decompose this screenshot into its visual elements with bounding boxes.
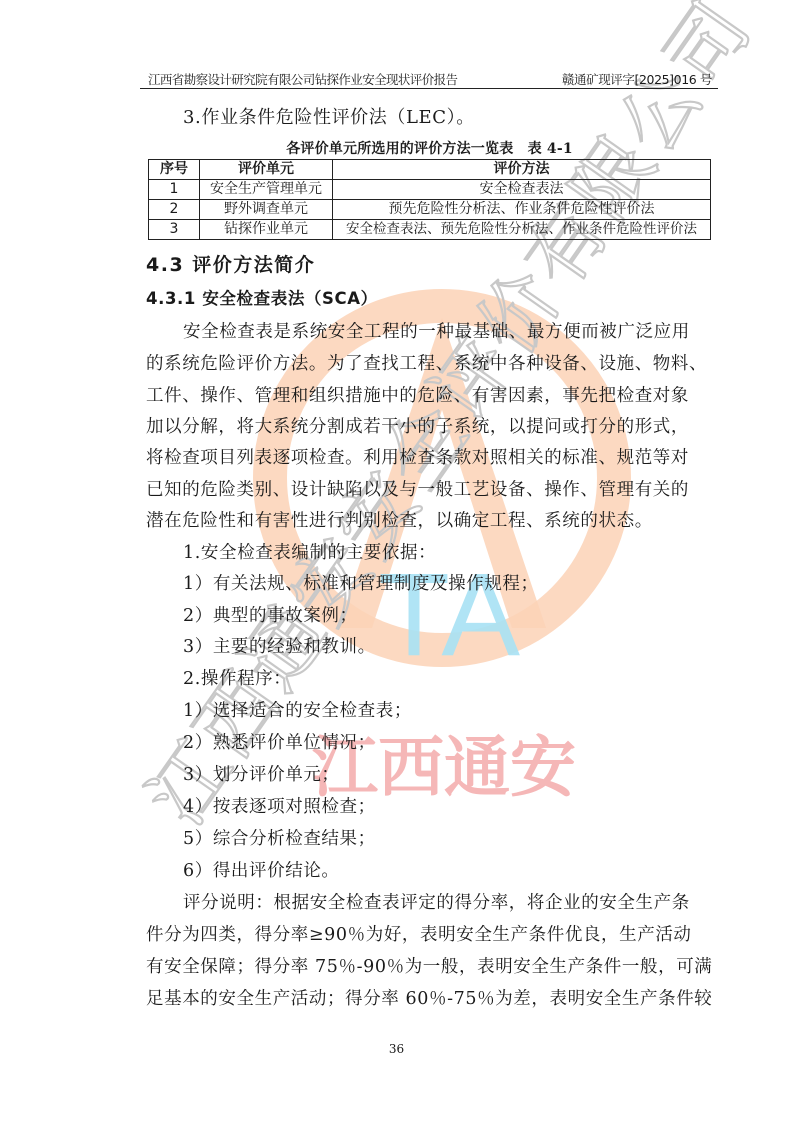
basis-title: 1.安全检查表编制的主要依据：	[183, 539, 436, 564]
column-header-method: 评价方法	[333, 160, 711, 180]
paragraph-line: 的系统危险评价方法。为了查找工程、系统中各种设备、设施、物料、	[146, 350, 707, 375]
table-row: 2 野外调查单元 预先危险性分析法、作业条件危险性评价法	[149, 200, 711, 220]
scoring-line: 评分说明：根据安全检查表评定的得分率，将企业的安全生产条	[183, 889, 690, 914]
procedure-item: 4）按表逐项对照检查；	[183, 793, 376, 818]
report-number: 赣通矿现评字[2025]016 号	[562, 70, 712, 88]
procedure-item: 5）综合分析检查结果；	[183, 825, 376, 850]
page-header: 江西省勘察设计研究院有限公司钻探作业安全现状评价报告 赣通矿现评字[2025]0…	[140, 68, 718, 89]
cell-method: 预先危险性分析法、作业条件危险性评价法	[333, 200, 711, 220]
lec-method-line: 3.作业条件危险性评价法（LEC）。	[183, 103, 475, 129]
procedure-item: 6）得出评价结论。	[183, 857, 340, 882]
section-heading: 4.3 评价方法简介	[146, 250, 315, 277]
cell-unit: 野外调查单元	[200, 200, 333, 220]
cell-unit: 钻探作业单元	[200, 220, 333, 240]
cell-index: 3	[149, 220, 200, 240]
paragraph-line: 已知的危险类别、设计缺陷以及与一般工艺设备、操作、管理有关的	[146, 476, 689, 501]
scoring-line: 有安全保障；得分率 75％-90％为一般，表明安全生产条件一般，可满	[146, 953, 712, 978]
basis-item: 1）有关法规、标准和管理制度及操作规程；	[183, 570, 539, 595]
cell-unit: 安全生产管理单元	[200, 180, 333, 200]
subsection-heading: 4.3.1 安全检查表法（SCA）	[146, 285, 378, 309]
procedure-item: 2）熟悉评价单位情况；	[183, 729, 376, 754]
scoring-line: 件分为四类，得分率≥90％为好，表明安全生产条件优良，生产活动	[146, 921, 692, 946]
table-caption: 各评价单元所选用的评价方法一览表 表 4-1	[148, 138, 711, 158]
procedure-item: 1）选择适合的安全检查表；	[183, 697, 412, 722]
table-header-row: 序号 评价单元 评价方法	[149, 160, 711, 180]
report-title: 江西省勘察设计研究院有限公司钻探作业安全现状评价报告	[148, 70, 457, 88]
procedure-title: 2.操作程序：	[183, 665, 291, 690]
cell-index: 2	[149, 200, 200, 220]
procedure-item: 3）划分评价单元；	[183, 761, 340, 786]
cell-index: 1	[149, 180, 200, 200]
page-number: 36	[0, 1042, 793, 1056]
column-header-index: 序号	[149, 160, 200, 180]
cell-method: 安全检查表法、预先危险性分析法、作业条件危险性评价法	[333, 220, 711, 240]
table-row: 1 安全生产管理单元 安全检查表法	[149, 180, 711, 200]
paragraph-line: 加以分解，将大系统分割成若干小的子系统，以提问或打分的形式，	[146, 413, 689, 438]
basis-item: 2）典型的事故案例；	[183, 602, 358, 627]
table-row: 3 钻探作业单元 安全检查表法、预先危险性分析法、作业条件危险性评价法	[149, 220, 711, 240]
paragraph-line: 安全检查表是系统安全工程的一种最基础、最方便而被广泛应用	[183, 318, 690, 343]
methods-table: 序号 评价单元 评价方法 1 安全生产管理单元 安全检查表法 2 野外调查单元 …	[148, 159, 711, 240]
basis-item: 3）主要的经验和教训。	[183, 633, 376, 658]
cell-method: 安全检查表法	[333, 180, 711, 200]
paragraph-line: 潜在危险性和有害性进行判别检查，以确定工程、系统的状态。	[146, 507, 653, 532]
paragraph-line: 将检查项目列表逐项检查。利用检查条款对照相关的标准、规范等对	[146, 444, 689, 469]
paragraph-line: 工件、操作、管理和组织措施中的危险、有害因素，事先把检查对象	[146, 382, 689, 407]
column-header-unit: 评价单元	[200, 160, 333, 180]
scoring-line: 足基本的安全生产活动；得分率 60％-75％为差，表明安全生产条件较	[146, 985, 712, 1010]
